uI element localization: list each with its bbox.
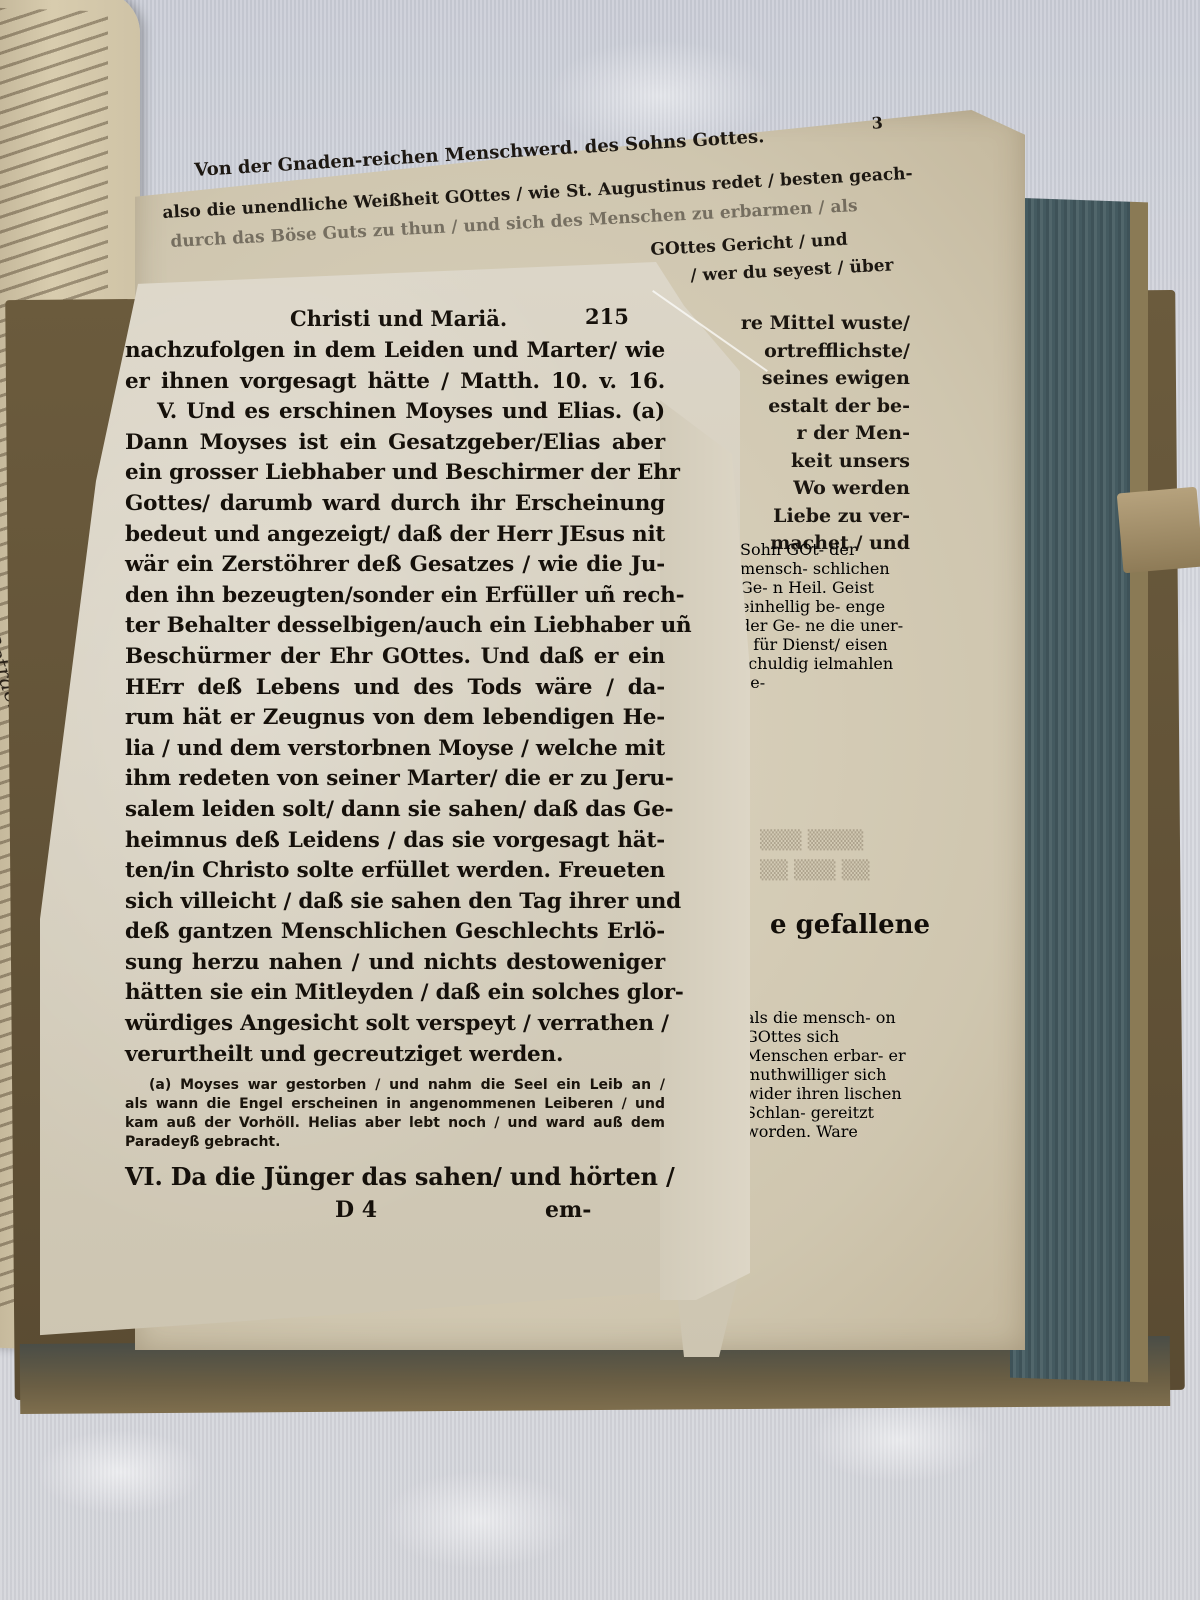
body-line: rum hät er Zeugnus von dem lebendigen He…	[125, 703, 665, 734]
body-line: HErr deß Lebens und des Tods wäre / da-	[125, 673, 665, 704]
body-line: wär ein Zerstöhrer deß Gesatzes / wie di…	[125, 550, 665, 581]
body-line: lia / und dem verstorbnen Moyse / welche…	[125, 734, 665, 765]
footnote-line: kam auß der Vorhöll. Helias aber lebt no…	[125, 1114, 665, 1133]
body-line: deß gantzen Menschlichen Geschlechts Erl…	[125, 917, 665, 948]
underlying-line: keit unsers	[740, 448, 910, 476]
underlying-right-column-a: re Mittel wuste/ ortrefflichste/ seines …	[740, 310, 910, 558]
body-line: bedeut und angezeigt/ daß der Herr JEsus…	[125, 520, 665, 551]
underlying-line: Wo werden	[740, 475, 910, 503]
torn-page-text: Christi und Mariä. 215 nachzufolgen in d…	[125, 300, 665, 1233]
signature-row: D 4 em-	[125, 1193, 665, 1233]
footnote-line: (a) Moyses war gestorben / und nahm die …	[125, 1076, 665, 1095]
body-line: Gottes/ darumb ward durch ihr Erscheinun…	[125, 489, 665, 520]
underlying-line: Ware	[816, 1122, 858, 1141]
underlying-line: s für Dienst/	[740, 635, 840, 654]
book-clasp	[1117, 487, 1200, 574]
underlying-right-column-c: als die mensch- on GOttes sich Menschen …	[745, 1008, 910, 1141]
footnote-line: als wann die Engel erscheinen in angenom…	[125, 1095, 665, 1114]
underlying-line: einhellig be-	[740, 597, 840, 616]
show-through-text: ▒▒▒ ▒▒▒▒	[760, 830, 863, 851]
underlying-line: estalt der be-	[740, 393, 910, 421]
underlying-page-number: 3	[871, 113, 883, 133]
body-line: den ihn bezeugten/sonder ein Erfüller uñ…	[125, 581, 665, 612]
body-line: verurtheilt und gecreutziget werden.	[125, 1040, 665, 1071]
underlying-line: ortrefflichste/	[740, 338, 910, 366]
underlying-line: ne die uner-	[805, 616, 903, 635]
body-line: heimnus deß Leidens / das sie vorgesagt …	[125, 826, 665, 857]
body-line: er ihnen vorgesagt hätte / Matth. 10. v.…	[125, 367, 665, 398]
underlying-line: Menschen erbar-	[745, 1046, 883, 1065]
body-line: würdiges Angesicht solt verspeyt / verra…	[125, 1009, 665, 1040]
body-line: ter Behalter desselbigen/auch ein Liebha…	[125, 611, 665, 642]
body-line: Dann Moyses ist ein Gesatzgeber/Elias ab…	[125, 428, 665, 459]
underlying-right-column-b: Sohn GOt- der mensch- schlichen Ge- n He…	[740, 540, 910, 692]
underlying-line: n Heil. Geist	[773, 578, 874, 597]
body-line: ten/in Christo solte erfüllet werden. Fr…	[125, 856, 665, 887]
book-fore-edge	[1010, 198, 1148, 1383]
section-six-line: VI. Da die Jünger das sahen/ und hörten …	[125, 1162, 665, 1193]
underlying-line: re Mittel wuste/	[740, 310, 910, 338]
body-line: V. Und es erschinen Moyses und Elias. (a…	[125, 397, 665, 428]
body-line: ihm redeten von seiner Marter/ die er zu…	[125, 764, 665, 795]
body-line: Beschürmer der Ehr GOttes. Und daß er ei…	[125, 642, 665, 673]
footnotes: (a) Moyses war gestorben / und nahm die …	[125, 1076, 665, 1152]
signature-mark: D 4	[335, 1197, 377, 1223]
body-line: sich villeicht / daß sie sahen den Tag i…	[125, 887, 665, 918]
torn-page-title: Christi und Mariä.	[290, 306, 507, 331]
torn-page-number: 215	[585, 304, 629, 329]
underlying-line: als die mensch-	[745, 1008, 871, 1027]
body-line: hätten sie ein Mitleyden / daß ein solch…	[125, 978, 665, 1009]
body-line: ein grosser Liebhaber und Beschirmer der…	[125, 458, 665, 489]
torn-page-header: Christi und Mariä. 215	[125, 300, 665, 336]
underlying-line: Liebe zu ver-	[740, 503, 910, 531]
underlying-line: r der Men-	[740, 420, 910, 448]
body-line: salem leiden solt/ dann sie sahen/ daß d…	[125, 795, 665, 826]
body-line: sung herzu nahen / und nichts destowenig…	[125, 948, 665, 979]
body-line: nachzufolgen in dem Leiden und Marter/ w…	[125, 336, 665, 367]
underlying-section-heading: e gefallene	[770, 910, 930, 940]
show-through-text: ▒▒ ▒▒▒ ▒▒	[760, 860, 869, 881]
underlying-line: Sohn GOt-	[740, 540, 824, 559]
catchword: em-	[545, 1197, 591, 1223]
footnote-line: Paradeyß gebracht.	[125, 1133, 665, 1152]
